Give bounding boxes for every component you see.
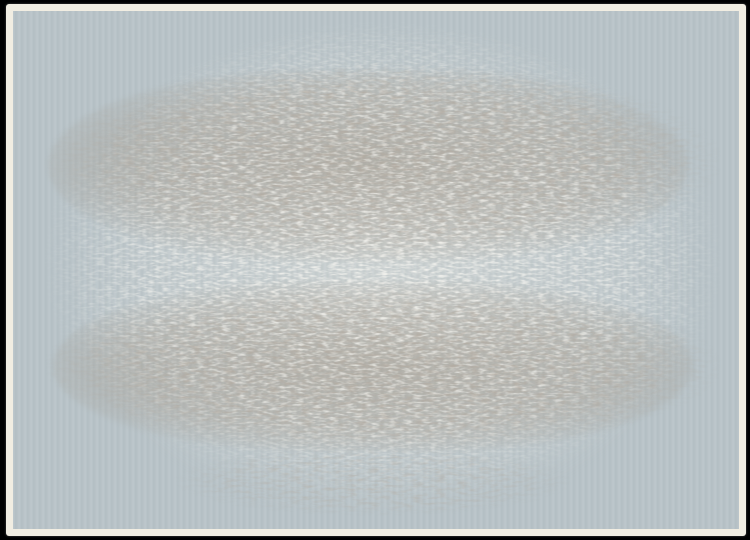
distressed-pattern-texture xyxy=(13,11,739,529)
rug-photo xyxy=(0,0,750,540)
rug-field xyxy=(13,11,739,529)
rug-border xyxy=(6,4,746,536)
